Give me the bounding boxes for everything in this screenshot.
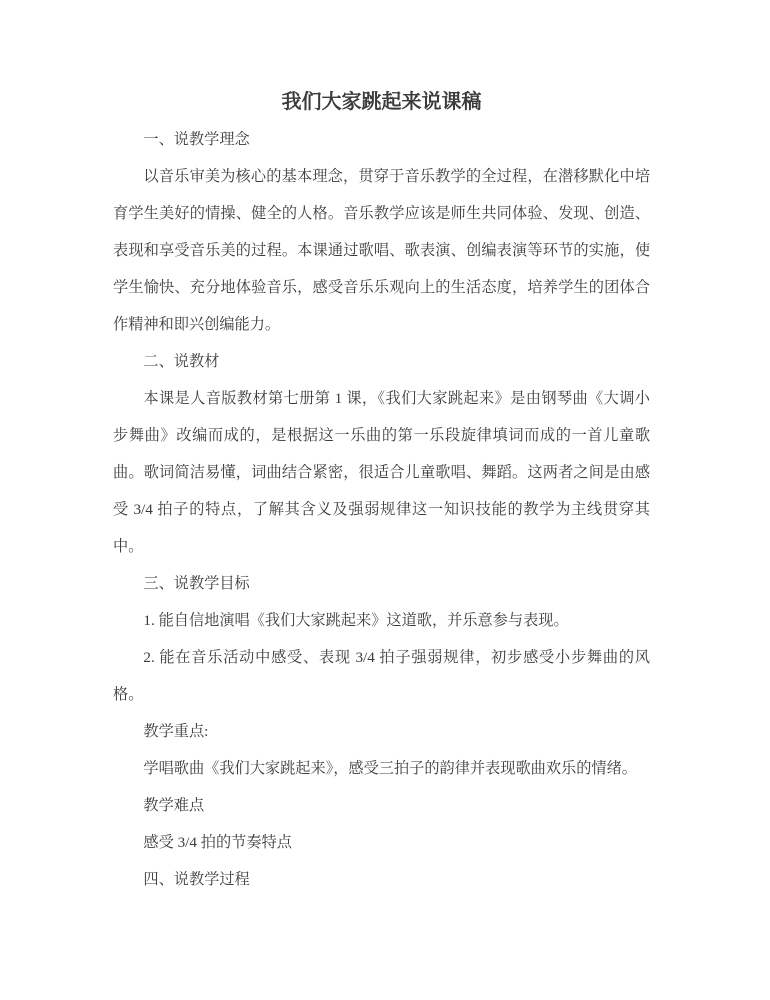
document-title: 我们大家跳起来说课稿 <box>113 84 650 121</box>
section-heading-3: 三、说教学目标 <box>113 565 650 602</box>
document-page: 我们大家跳起来说课稿 一、说教学理念 以音乐审美为核心的基本理念，贯穿于音乐教学… <box>0 0 770 1000</box>
paragraph-teaching-concept: 以音乐审美为核心的基本理念，贯穿于音乐教学的全过程，在潜移默化中培育学生美好的情… <box>113 158 650 343</box>
teaching-focus-text: 学唱歌曲《我们大家跳起来》，感受三拍子的韵律并表现歌曲欢乐的情绪。 <box>113 750 650 787</box>
teaching-difficulty-text: 感受 3/4 拍的节奏特点 <box>113 824 650 861</box>
goal-item-2: 2. 能在音乐活动中感受、表现 3/4 拍子强弱规律，初步感受小步舞曲的风格。 <box>113 639 650 713</box>
paragraph-teaching-material: 本课是人音版教材第七册第 1 课，《我们大家跳起来》是由钢琴曲《大调小步舞曲》改… <box>113 380 650 565</box>
goal-item-1: 1. 能自信地演唱《我们大家跳起来》这道歌，并乐意参与表现。 <box>113 602 650 639</box>
section-heading-1: 一、说教学理念 <box>113 121 650 158</box>
teaching-difficulty-label: 教学难点 <box>113 787 650 824</box>
teaching-focus-label: 教学重点: <box>113 713 650 750</box>
section-heading-2: 二、说教材 <box>113 343 650 380</box>
section-heading-4: 四、说教学过程 <box>113 861 650 898</box>
